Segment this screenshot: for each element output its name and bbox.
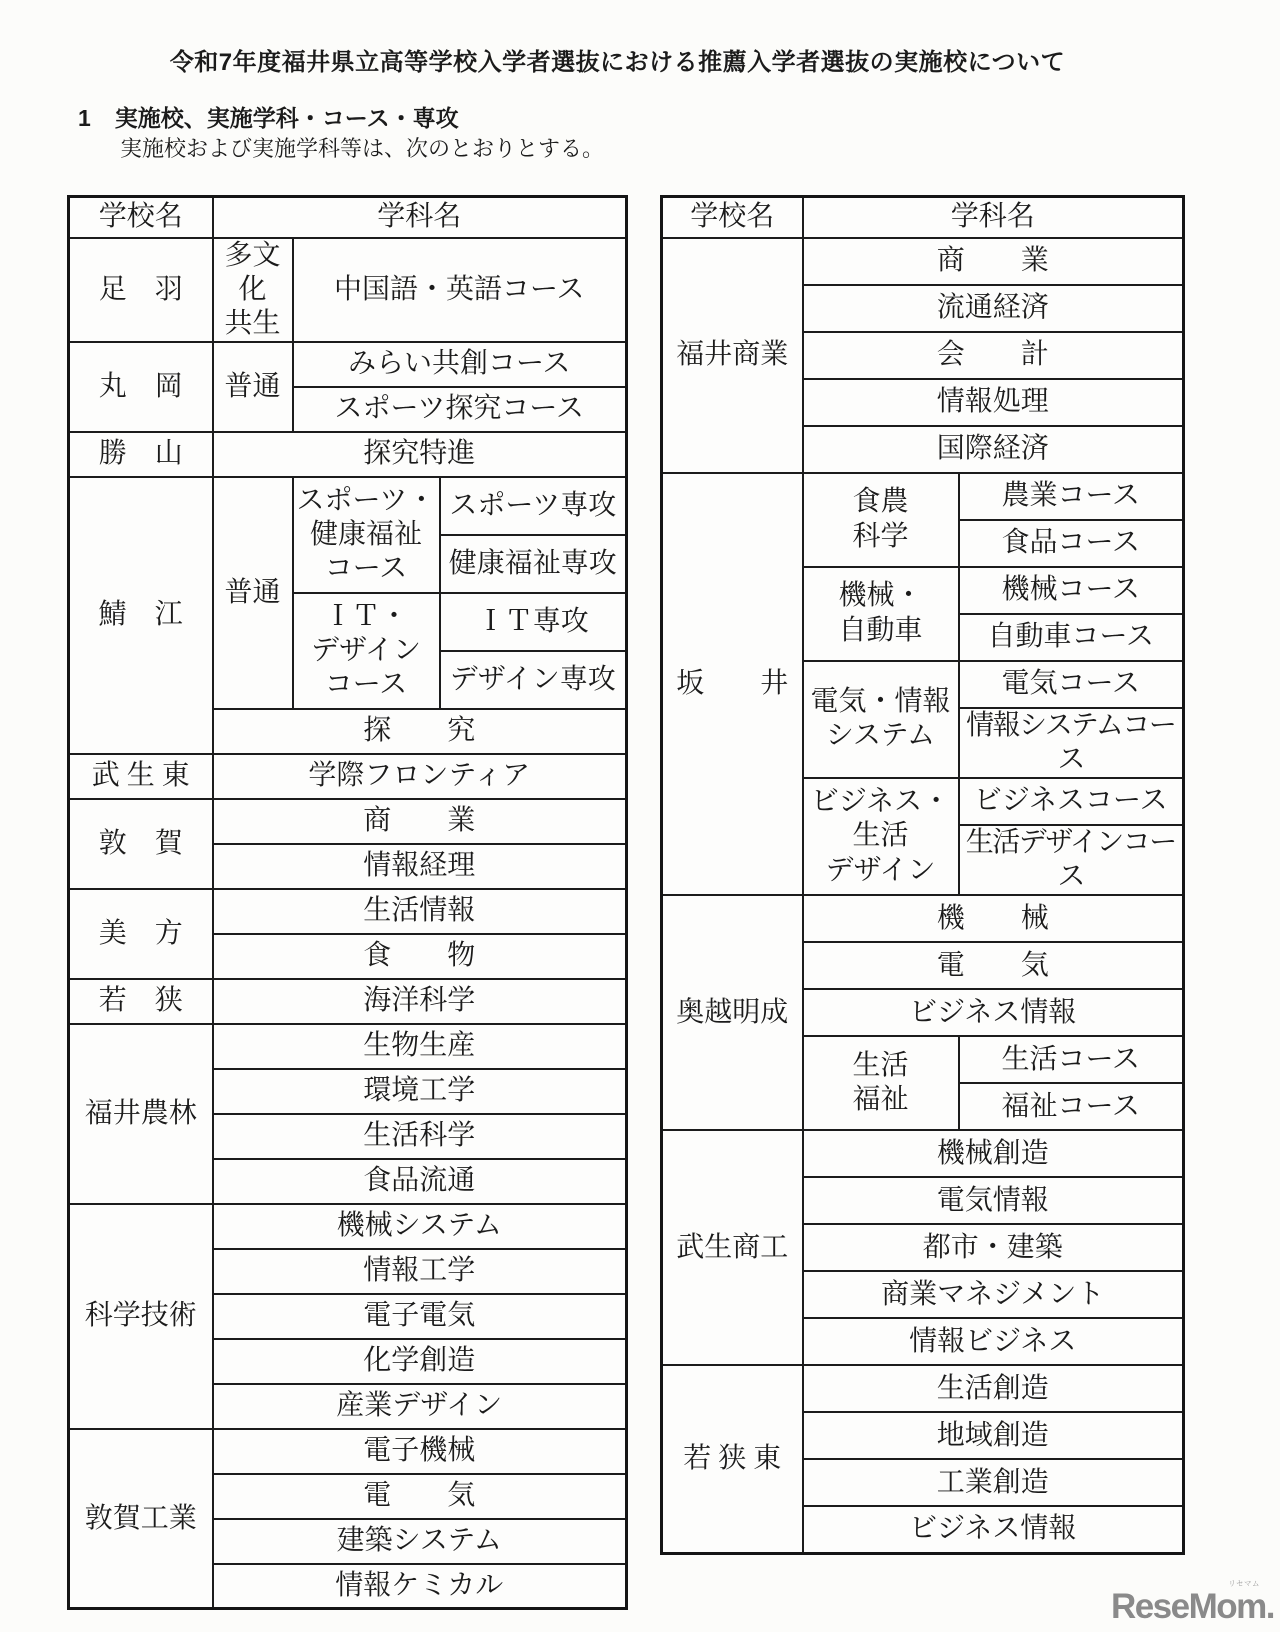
dept-group-cell: ビジネス・ 生活 デザイン: [803, 778, 959, 895]
course-group-cell: スポーツ・ 健康福祉 コース: [293, 477, 440, 593]
school-cell-maruoka: 丸 岡: [69, 342, 213, 432]
left-header-school: 学校名: [69, 197, 213, 238]
course-cell: 情報ビジネス: [803, 1318, 1184, 1365]
school-cell-takefu-shoko: 武生商工: [662, 1130, 803, 1365]
course-cell: 生活情報: [213, 889, 627, 934]
school-cell-fukui-norin: 福井農林: [69, 1024, 213, 1204]
section-subtext: 実施校および実施学科等は、次のとおりとする。: [120, 132, 604, 163]
school-cell-sabae: 鯖 江: [69, 477, 213, 754]
section-number: 1: [78, 105, 91, 132]
course-cell: 食品流通: [213, 1159, 627, 1204]
course-cell: 商 業: [803, 238, 1184, 285]
course-cell: 商 業: [213, 799, 627, 844]
course-cell: 商業マネジメント: [803, 1271, 1184, 1318]
course-cell: 食品コース: [959, 520, 1184, 567]
course-cell: 電気情報: [803, 1177, 1184, 1224]
course-cell: 情報システムコース: [959, 708, 1184, 778]
school-cell-takefu-higashi: 武 生 東: [69, 754, 213, 799]
dept-group-cell: 電気・情報 システム: [803, 661, 959, 778]
course-cell: 電子電気: [213, 1294, 627, 1339]
dept-group-cell: 食農 科学: [803, 473, 959, 567]
school-cell-mikata: 美 方: [69, 889, 213, 979]
left-school-table: 学校名 学科名 足 羽 多文化 共生 中国語・英語コース 丸 岡 普通 みらい共…: [67, 195, 628, 1610]
dept-type-cell: 多文化 共生: [213, 238, 293, 342]
section-heading-line: 1実施校、実施学科・コース・専攻: [78, 100, 459, 133]
right-school-table: 学校名 学科名 福井商業 商 業 流通経済 会 計 情報処理 国際経済 坂 井 …: [660, 195, 1185, 1555]
school-cell-okuetsu-meisei: 奥越明成: [662, 895, 803, 1130]
course-cell: 化学創造: [213, 1339, 627, 1384]
course-cell: 福祉コース: [959, 1083, 1184, 1130]
specialization-cell: 健康福祉専攻: [440, 535, 627, 593]
course-cell: 情報経理: [213, 844, 627, 889]
dept-group-cell: 機械・ 自動車: [803, 567, 959, 661]
course-cell: ビジネスコース: [959, 778, 1184, 825]
section-heading: 実施校、実施学科・コース・専攻: [115, 105, 459, 131]
dept-group-cell: 生活 福祉: [803, 1036, 959, 1130]
course-cell: 農業コース: [959, 473, 1184, 520]
course-cell: 中国語・英語コース: [293, 238, 627, 342]
course-cell: ビジネス情報: [803, 989, 1184, 1036]
school-cell-fukui-shogyo: 福井商業: [662, 238, 803, 473]
course-cell: 海洋科学: [213, 979, 627, 1024]
course-cell: 生物生産: [213, 1024, 627, 1069]
school-cell-sakai: 坂 井: [662, 473, 803, 896]
course-cell: 自動車コース: [959, 614, 1184, 661]
school-cell-tsuruga: 敦 賀: [69, 799, 213, 889]
course-cell: 機 械: [803, 895, 1184, 942]
specialization-cell: ＩＴ専攻: [440, 593, 627, 651]
course-cell: 学際フロンティア: [213, 754, 627, 799]
school-cell-asuwa: 足 羽: [69, 238, 213, 342]
course-cell: 国際経済: [803, 426, 1184, 473]
course-cell: 生活デザインコース: [959, 825, 1184, 895]
course-cell: 機械コース: [959, 567, 1184, 614]
course-cell: 流通経済: [803, 285, 1184, 332]
dept-type-cell: 普通: [213, 342, 293, 432]
course-cell: スポーツ探究コース: [293, 387, 627, 432]
right-header-dept: 学科名: [803, 197, 1184, 238]
left-header-dept: 学科名: [213, 197, 627, 238]
course-cell: 食 物: [213, 934, 627, 979]
course-group-cell: ＩＴ・ デザイン コース: [293, 593, 440, 709]
school-cell-wakasa: 若 狭: [69, 979, 213, 1024]
document-page: 令和7年度福井県立高等学校入学者選抜における推薦入学者選抜の実施校について 1実…: [0, 0, 1280, 1632]
course-cell: 電子機械: [213, 1429, 627, 1474]
document-title: 令和7年度福井県立高等学校入学者選抜における推薦入学者選抜の実施校について: [0, 42, 1235, 77]
course-cell: 会 計: [803, 332, 1184, 379]
course-cell: 探究特進: [213, 432, 627, 477]
course-cell: 電 気: [803, 942, 1184, 989]
course-cell: 生活コース: [959, 1036, 1184, 1083]
specialization-cell: デザイン専攻: [440, 651, 627, 709]
course-cell: 情報ケミカル: [213, 1564, 627, 1609]
course-cell: 生活科学: [213, 1114, 627, 1159]
course-cell: 都市・建築: [803, 1224, 1184, 1271]
course-cell: 機械システム: [213, 1204, 627, 1249]
school-cell-wakasa-higashi: 若 狭 東: [662, 1365, 803, 1553]
course-cell: みらい共創コース: [293, 342, 627, 387]
course-cell: 電 気: [213, 1474, 627, 1519]
course-cell: 建築システム: [213, 1519, 627, 1564]
school-cell-tsuruga-kogyo: 敦賀工業: [69, 1429, 213, 1609]
right-header-school: 学校名: [662, 197, 803, 238]
course-cell: 地域創造: [803, 1412, 1184, 1459]
school-cell-katsuyama: 勝 山: [69, 432, 213, 477]
resemom-logo-text: ReseMom.: [1111, 1587, 1274, 1626]
dept-type-cell: 普通: [213, 477, 293, 709]
course-cell: 情報処理: [803, 379, 1184, 426]
resemom-logo: リセマム ReseMom.: [1054, 1578, 1274, 1624]
resemom-logo-ruby: リセマム: [1112, 1581, 1260, 1588]
course-cell: ビジネス情報: [803, 1506, 1184, 1553]
school-cell-kagaku-gijutsu: 科学技術: [69, 1204, 213, 1429]
course-cell: 産業デザイン: [213, 1384, 627, 1429]
course-cell: 工業創造: [803, 1459, 1184, 1506]
specialization-cell: スポーツ専攻: [440, 477, 627, 535]
course-cell: 機械創造: [803, 1130, 1184, 1177]
course-cell: 情報工学: [213, 1249, 627, 1294]
course-cell: 電気コース: [959, 661, 1184, 708]
course-cell: 環境工学: [213, 1069, 627, 1114]
course-cell: 生活創造: [803, 1365, 1184, 1412]
course-cell: 探 究: [213, 709, 627, 754]
